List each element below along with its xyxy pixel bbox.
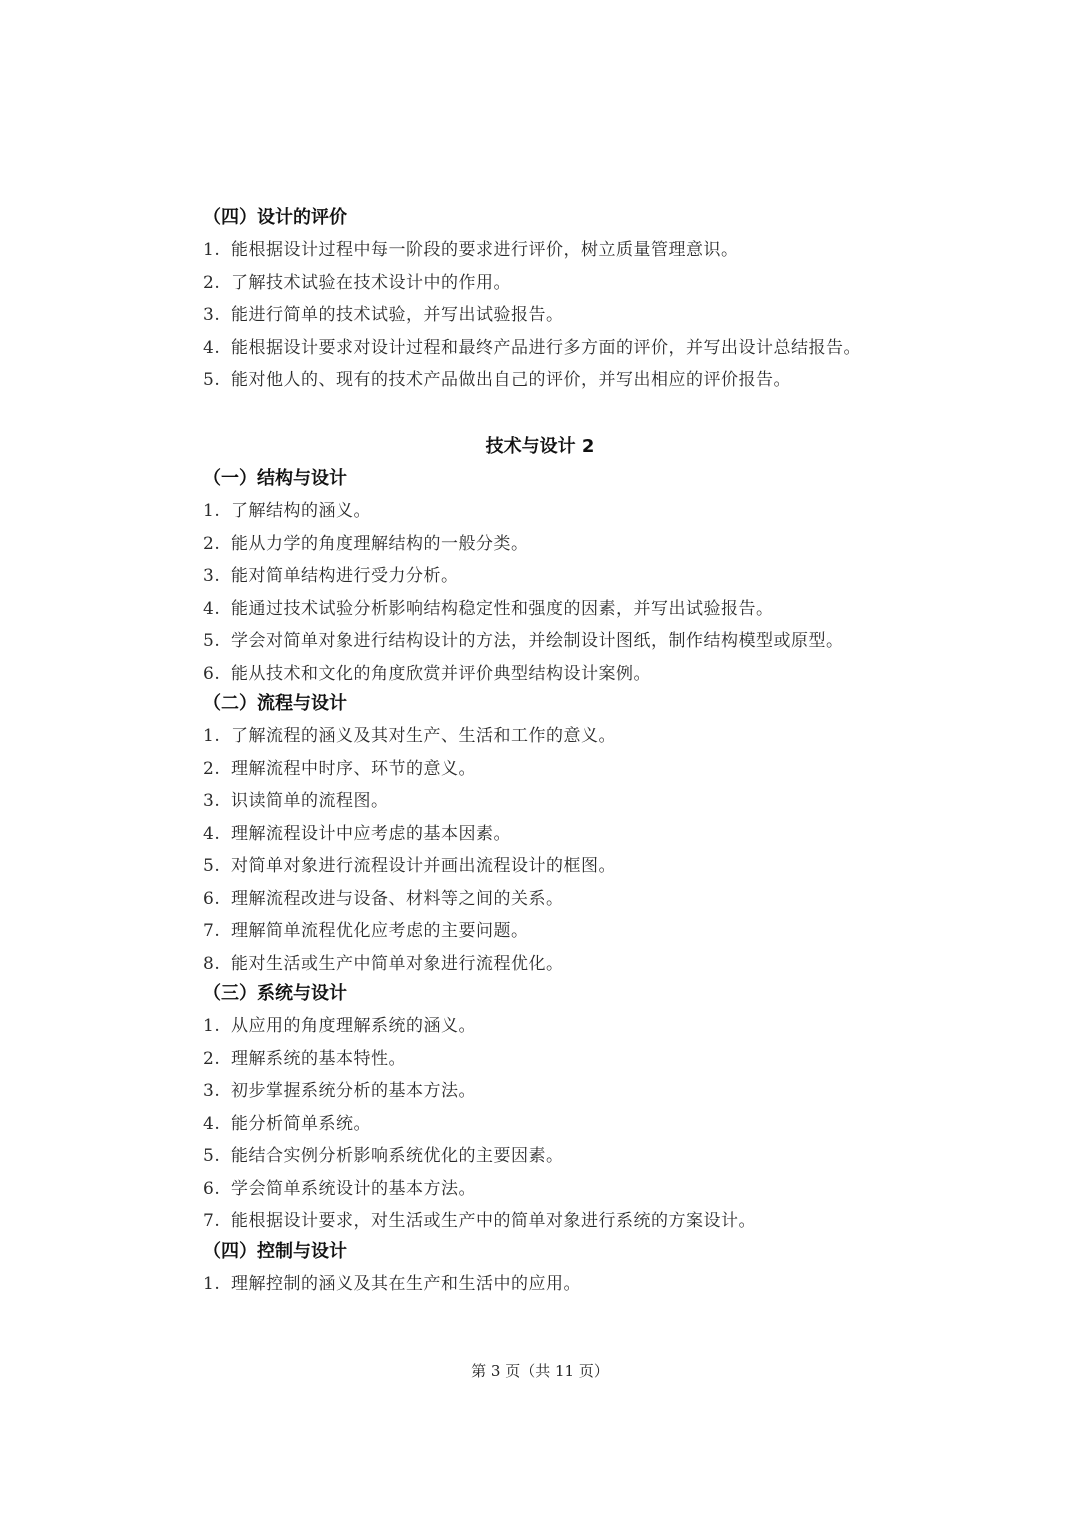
item-text: 识读简单的流程图。 [231,791,389,811]
item-text: 能对他人的、现有的技术产品做出自己的评价，并写出相应的评价报告。 [231,370,791,390]
item-number: 3. [203,305,231,325]
item-number: 3. [203,566,231,586]
item-number: 2. [203,273,231,293]
item-number: 6. [203,1179,231,1199]
list-item: 1.了解结构的涵义。 [203,496,371,521]
section-heading: （一）结构与设计 [203,464,347,490]
item-number: 1. [203,726,231,746]
list-item: 3.能进行简单的技术试验，并写出试验报告。 [203,300,564,325]
list-item: 1.从应用的角度理解系统的涵义。 [203,1011,476,1036]
item-number: 1. [203,1274,231,1294]
list-item: 3.识读简单的流程图。 [203,786,389,811]
list-item: 5.能结合实例分析影响系统优化的主要因素。 [203,1141,564,1166]
list-item: 2.能从力学的角度理解结构的一般分类。 [203,529,529,554]
item-number: 5. [203,631,231,651]
item-text: 能从技术和文化的角度欣赏并评价典型结构设计案例。 [231,664,651,684]
list-item: 5.对简单对象进行流程设计并画出流程设计的框图。 [203,851,616,876]
list-item: 5.能对他人的、现有的技术产品做出自己的评价，并写出相应的评价报告。 [203,365,791,390]
item-text: 能进行简单的技术试验，并写出试验报告。 [231,305,564,325]
item-text: 能分析简单系统。 [231,1114,371,1134]
item-text: 对简单对象进行流程设计并画出流程设计的框图。 [231,856,616,876]
item-number: 6. [203,664,231,684]
item-text: 初步掌握系统分析的基本方法。 [231,1081,476,1101]
item-text: 理解简单流程优化应考虑的主要问题。 [231,921,529,941]
list-item: 7.能根据设计要求，对生活或生产中的简单对象进行系统的方案设计。 [203,1206,756,1231]
item-text: 学会对简单对象进行结构设计的方法，并绘制设计图纸，制作结构模型或原型。 [231,631,844,651]
list-item: 1.了解流程的涵义及其对生产、生活和工作的意义。 [203,721,616,746]
list-item: 4.能通过技术试验分析影响结构稳定性和强度的因素，并写出试验报告。 [203,594,774,619]
item-text: 理解控制的涵义及其在生产和生活中的应用。 [231,1274,581,1294]
item-number: 4. [203,338,231,358]
list-item: 3.初步掌握系统分析的基本方法。 [203,1076,476,1101]
item-number: 1. [203,501,231,521]
item-number: 2. [203,534,231,554]
list-item: 2.理解系统的基本特性。 [203,1044,406,1069]
list-item: 1.能根据设计过程中每一阶段的要求进行评价，树立质量管理意识。 [203,235,739,260]
section-heading: （二）流程与设计 [203,689,347,715]
item-number: 2. [203,759,231,779]
item-number: 3. [203,791,231,811]
page-number: 第 3 页（共 11 页） [0,1360,1080,1381]
item-number: 7. [203,1211,231,1231]
item-text: 理解流程中时序、环节的意义。 [231,759,476,779]
item-text: 能根据设计过程中每一阶段的要求进行评价，树立质量管理意识。 [231,240,739,260]
item-number: 5. [203,370,231,390]
section-title: 技术与设计 2 [0,432,1080,458]
item-text: 了解结构的涵义。 [231,501,371,521]
item-number: 5. [203,1146,231,1166]
item-text: 学会简单系统设计的基本方法。 [231,1179,476,1199]
item-text: 理解流程设计中应考虑的基本因素。 [231,824,511,844]
item-text: 理解流程改进与设备、材料等之间的关系。 [231,889,564,909]
list-item: 6.学会简单系统设计的基本方法。 [203,1174,476,1199]
item-number: 4. [203,599,231,619]
item-text: 能通过技术试验分析影响结构稳定性和强度的因素，并写出试验报告。 [231,599,774,619]
section-heading: （三）系统与设计 [203,979,347,1005]
document-page: （四）设计的评价1.能根据设计过程中每一阶段的要求进行评价，树立质量管理意识。2… [0,0,1080,1527]
item-number: 5. [203,856,231,876]
item-number: 7. [203,921,231,941]
section-heading: （四）控制与设计 [203,1237,347,1263]
item-number: 3. [203,1081,231,1101]
item-text: 能根据设计要求对设计过程和最终产品进行多方面的评价，并写出设计总结报告。 [231,338,861,358]
item-text: 了解技术试验在技术设计中的作用。 [231,273,511,293]
item-text: 从应用的角度理解系统的涵义。 [231,1016,476,1036]
item-number: 4. [203,824,231,844]
item-text: 能对简单结构进行受力分析。 [231,566,459,586]
item-number: 6. [203,889,231,909]
item-text: 了解流程的涵义及其对生产、生活和工作的意义。 [231,726,616,746]
list-item: 1.理解控制的涵义及其在生产和生活中的应用。 [203,1269,581,1294]
item-text: 能从力学的角度理解结构的一般分类。 [231,534,529,554]
item-text: 能结合实例分析影响系统优化的主要因素。 [231,1146,564,1166]
item-number: 1. [203,240,231,260]
list-item: 5.学会对简单对象进行结构设计的方法，并绘制设计图纸，制作结构模型或原型。 [203,626,844,651]
list-item: 4.能分析简单系统。 [203,1109,371,1134]
list-item: 6.理解流程改进与设备、材料等之间的关系。 [203,884,564,909]
item-number: 4. [203,1114,231,1134]
list-item: 4.能根据设计要求对设计过程和最终产品进行多方面的评价，并写出设计总结报告。 [203,333,861,358]
item-number: 2. [203,1049,231,1069]
list-item: 8.能对生活或生产中简单对象进行流程优化。 [203,949,564,974]
list-item: 6.能从技术和文化的角度欣赏并评价典型结构设计案例。 [203,659,651,684]
item-text: 能对生活或生产中简单对象进行流程优化。 [231,954,564,974]
item-number: 1. [203,1016,231,1036]
list-item: 4.理解流程设计中应考虑的基本因素。 [203,819,511,844]
item-text: 能根据设计要求，对生活或生产中的简单对象进行系统的方案设计。 [231,1211,756,1231]
item-number: 8. [203,954,231,974]
list-item: 2.了解技术试验在技术设计中的作用。 [203,268,511,293]
section-heading: （四）设计的评价 [203,203,347,229]
list-item: 7.理解简单流程优化应考虑的主要问题。 [203,916,529,941]
item-text: 理解系统的基本特性。 [231,1049,406,1069]
list-item: 2.理解流程中时序、环节的意义。 [203,754,476,779]
list-item: 3.能对简单结构进行受力分析。 [203,561,459,586]
